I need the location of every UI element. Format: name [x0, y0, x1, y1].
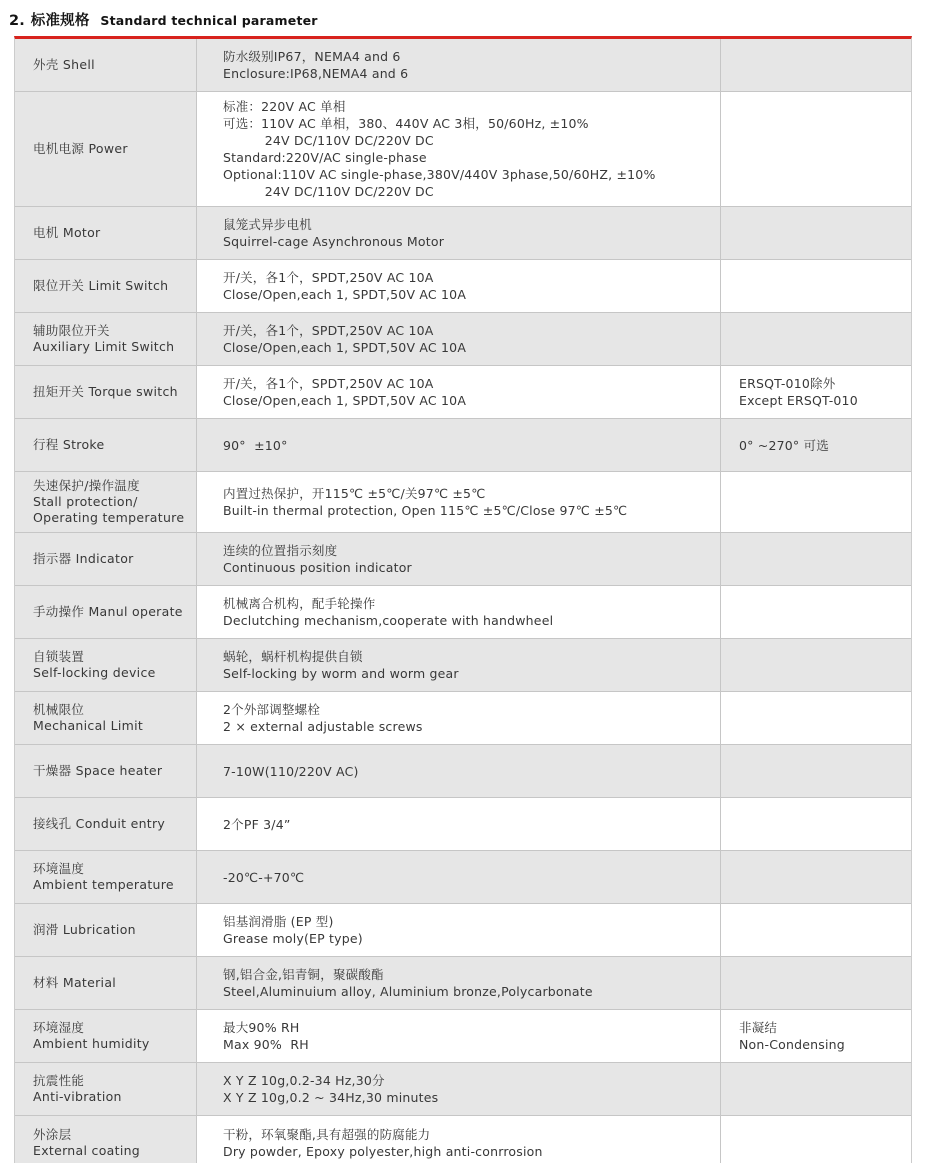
value-cell: 连续的位置指示刻度Continuous position indicator	[197, 533, 721, 585]
note-line: 0° ~270° 可选	[739, 437, 901, 454]
value-line: 最大90% RH	[223, 1019, 710, 1036]
value-cell: 标准：220V AC 单相可选：110V AC 单相，380、440V AC 3…	[197, 92, 721, 206]
param-line: Mechanical Limit	[33, 718, 186, 734]
param-line: 行程 Stroke	[33, 437, 186, 453]
note-cell	[721, 798, 911, 850]
value-cell: 开/关，各1个，SPDT,250V AC 10AClose/Open,each …	[197, 260, 721, 312]
value-line: -20℃-+70℃	[223, 869, 710, 886]
table-row: 电机 Motor 鼠笼式异步电机Squirrel-cage Asynchrono…	[15, 207, 911, 260]
parameter-cell: 电机电源 Power	[15, 92, 197, 206]
note-cell	[721, 851, 911, 903]
value-line: Squirrel-cage Asynchronous Motor	[223, 233, 710, 250]
note-cell	[721, 745, 911, 797]
table-row: 外涂层External coating 干粉，环氧聚酯,具有超强的防腐能力Dry…	[15, 1116, 911, 1163]
value-line: 24V DC/110V DC/220V DC	[223, 183, 710, 200]
parameter-cell: 自锁装置Self-locking device	[15, 639, 197, 691]
note-line: Except ERSQT-010	[739, 392, 901, 409]
note-line: ERSQT-010除外	[739, 375, 901, 392]
note-cell	[721, 1063, 911, 1115]
table-row: 自锁装置Self-locking device 蜗轮，蜗杆机构提供自锁Self-…	[15, 639, 911, 692]
value-line: 开/关，各1个，SPDT,250V AC 10A	[223, 269, 710, 286]
value-line: 钢,铝合金,铝青铜，聚碳酸酯	[223, 966, 710, 983]
parameter-cell: 外壳 Shell	[15, 39, 197, 91]
param-line: Auxiliary Limit Switch	[33, 339, 186, 355]
value-line: 2个PF 3/4”	[223, 816, 710, 833]
table-row: 抗震性能Anti-vibration X Y Z 10g,0.2-34 Hz,3…	[15, 1063, 911, 1116]
value-cell: X Y Z 10g,0.2-34 Hz,30分X Y Z 10g,0.2 ~ 3…	[197, 1063, 721, 1115]
table-row: 辅助限位开关Auxiliary Limit Switch 开/关，各1个，SPD…	[15, 313, 911, 366]
page-title: 2. 标准规格 Standard technical parameter	[9, 9, 933, 30]
param-line: 扭矩开关 Torque switch	[33, 384, 186, 400]
value-line: 2 × external adjustable screws	[223, 718, 710, 735]
parameter-cell: 干燥器 Space heater	[15, 745, 197, 797]
note-line: Non-Condensing	[739, 1036, 901, 1053]
page-title-number: 2.	[9, 13, 25, 29]
value-line: Close/Open,each 1, SPDT,50V AC 10A	[223, 286, 710, 303]
note-cell	[721, 207, 911, 259]
param-line: 材料 Material	[33, 975, 186, 991]
note-line: 非凝结	[739, 1019, 901, 1036]
param-line: 环境湿度	[33, 1020, 186, 1036]
value-line: Close/Open,each 1, SPDT,50V AC 10A	[223, 339, 710, 356]
note-cell: 非凝结Non-Condensing	[721, 1010, 911, 1062]
param-line: 辅助限位开关	[33, 323, 186, 339]
param-line: Operating temperature	[33, 510, 186, 526]
value-line: 防水级别IP67，NEMA4 and 6	[223, 48, 710, 65]
parameter-cell: 辅助限位开关Auxiliary Limit Switch	[15, 313, 197, 365]
value-cell: 钢,铝合金,铝青铜，聚碳酸酯Steel,Aluminuium alloy, Al…	[197, 957, 721, 1009]
note-cell	[721, 639, 911, 691]
value-line: Standard:220V/AC single-phase	[223, 149, 710, 166]
parameter-cell: 扭矩开关 Torque switch	[15, 366, 197, 418]
param-line: Ambient humidity	[33, 1036, 186, 1052]
table-row: 扭矩开关 Torque switch 开/关，各1个，SPDT,250V AC …	[15, 366, 911, 419]
table-row: 手动操作 Manul operate 机械离合机构，配手轮操作Declutchi…	[15, 586, 911, 639]
page-title-cn: 标准规格	[31, 13, 90, 29]
value-line: 标准：220V AC 单相	[223, 98, 710, 115]
param-line: 接线孔 Conduit entry	[33, 816, 186, 832]
value-line: Dry powder, Epoxy polyester,high anti-co…	[223, 1143, 710, 1160]
parameter-cell: 环境温度Ambient temperature	[15, 851, 197, 903]
value-line: 干粉，环氧聚酯,具有超强的防腐能力	[223, 1126, 710, 1143]
table-row: 机械限位Mechanical Limit 2个外部调整螺栓2 × externa…	[15, 692, 911, 745]
value-cell: 开/关，各1个，SPDT,250V AC 10AClose/Open,each …	[197, 366, 721, 418]
value-line: Enclosure:IP68,NEMA4 and 6	[223, 65, 710, 82]
value-line: X Y Z 10g,0.2-34 Hz,30分	[223, 1072, 710, 1089]
param-line: 电机电源 Power	[33, 141, 186, 157]
param-line: Stall protection/	[33, 494, 186, 510]
value-line: 机械离合机构，配手轮操作	[223, 595, 710, 612]
table-row: 环境湿度Ambient humidity 最大90% RHMax 90% RH …	[15, 1010, 911, 1063]
value-cell: 蜗轮，蜗杆机构提供自锁Self-locking by worm and worm…	[197, 639, 721, 691]
value-cell: 7-10W(110/220V AC)	[197, 745, 721, 797]
value-cell: 防水级别IP67，NEMA4 and 6Enclosure:IP68,NEMA4…	[197, 39, 721, 91]
value-line: 可选：110V AC 单相，380、440V AC 3相，50/60Hz, ±1…	[223, 115, 710, 132]
note-cell	[721, 92, 911, 206]
table-row: 材料 Material 钢,铝合金,铝青铜，聚碳酸酯Steel,Aluminui…	[15, 957, 911, 1010]
catalog-page: 2. 标准规格 Standard technical parameter 外壳 …	[0, 0, 933, 1163]
value-line: Built-in thermal protection, Open 115℃ ±…	[223, 502, 710, 519]
table-row: 干燥器 Space heater 7-10W(110/220V AC)	[15, 745, 911, 798]
table-row: 失速保护/操作温度Stall protection/Operating temp…	[15, 472, 911, 533]
parameter-cell: 电机 Motor	[15, 207, 197, 259]
param-line: 外壳 Shell	[33, 57, 186, 73]
param-line: 干燥器 Space heater	[33, 763, 186, 779]
param-line: 手动操作 Manul operate	[33, 604, 186, 620]
param-line: Anti-vibration	[33, 1089, 186, 1105]
value-cell: 2个PF 3/4”	[197, 798, 721, 850]
value-line: 鼠笼式异步电机	[223, 216, 710, 233]
value-line: 90° ±10°	[223, 437, 710, 454]
parameter-cell: 机械限位Mechanical Limit	[15, 692, 197, 744]
parameter-cell: 材料 Material	[15, 957, 197, 1009]
value-line: Max 90% RH	[223, 1036, 710, 1053]
note-cell: ERSQT-010除外Except ERSQT-010	[721, 366, 911, 418]
page-title-en: Standard technical parameter	[100, 13, 317, 28]
value-line: Close/Open,each 1, SPDT,50V AC 10A	[223, 392, 710, 409]
value-line: 7-10W(110/220V AC)	[223, 763, 710, 780]
value-line: 内置过热保护，开115℃ ±5℃/关97℃ ±5℃	[223, 485, 710, 502]
table-row: 行程 Stroke 90° ±10° 0° ~270° 可选	[15, 419, 911, 472]
parameter-cell: 抗震性能Anti-vibration	[15, 1063, 197, 1115]
param-line: 指示器 Indicator	[33, 551, 186, 567]
value-line: 连续的位置指示刻度	[223, 542, 710, 559]
table-row: 电机电源 Power 标准：220V AC 单相可选：110V AC 单相，38…	[15, 92, 911, 207]
value-cell: 干粉，环氧聚酯,具有超强的防腐能力Dry powder, Epoxy polye…	[197, 1116, 721, 1163]
value-cell: 内置过热保护，开115℃ ±5℃/关97℃ ±5℃Built-in therma…	[197, 472, 721, 532]
table-row: 限位开关 Limit Switch 开/关，各1个，SPDT,250V AC 1…	[15, 260, 911, 313]
param-line: 外涂层	[33, 1127, 186, 1143]
param-line: 环境温度	[33, 861, 186, 877]
note-cell	[721, 957, 911, 1009]
value-cell: 铝基润滑脂 (EP 型)Grease moly(EP type)	[197, 904, 721, 956]
note-cell	[721, 260, 911, 312]
spec-table: 外壳 Shell 防水级别IP67，NEMA4 and 6Enclosure:I…	[14, 36, 912, 1163]
value-line: Optional:110V AC single-phase,380V/440V …	[223, 166, 710, 183]
value-line: 铝基润滑脂 (EP 型)	[223, 913, 710, 930]
value-cell: -20℃-+70℃	[197, 851, 721, 903]
note-cell	[721, 533, 911, 585]
note-cell: 0° ~270° 可选	[721, 419, 911, 471]
param-line: Self-locking device	[33, 665, 186, 681]
table-row: 外壳 Shell 防水级别IP67，NEMA4 and 6Enclosure:I…	[15, 39, 911, 92]
value-line: Grease moly(EP type)	[223, 930, 710, 947]
value-cell: 鼠笼式异步电机Squirrel-cage Asynchronous Motor	[197, 207, 721, 259]
parameter-cell: 环境湿度Ambient humidity	[15, 1010, 197, 1062]
note-cell	[721, 313, 911, 365]
parameter-cell: 接线孔 Conduit entry	[15, 798, 197, 850]
parameter-cell: 外涂层External coating	[15, 1116, 197, 1163]
table-row: 环境温度Ambient temperature -20℃-+70℃	[15, 851, 911, 904]
value-cell: 2个外部调整螺栓2 × external adjustable screws	[197, 692, 721, 744]
value-line: 24V DC/110V DC/220V DC	[223, 132, 710, 149]
note-cell	[721, 1116, 911, 1163]
parameter-cell: 指示器 Indicator	[15, 533, 197, 585]
note-cell	[721, 586, 911, 638]
parameter-cell: 失速保护/操作温度Stall protection/Operating temp…	[15, 472, 197, 532]
param-line: External coating	[33, 1143, 186, 1159]
parameter-cell: 手动操作 Manul operate	[15, 586, 197, 638]
value-cell: 90° ±10°	[197, 419, 721, 471]
value-line: 开/关，各1个，SPDT,250V AC 10A	[223, 375, 710, 392]
value-cell: 最大90% RHMax 90% RH	[197, 1010, 721, 1062]
param-line: Ambient temperature	[33, 877, 186, 893]
value-line: Self-locking by worm and worm gear	[223, 665, 710, 682]
note-cell	[721, 39, 911, 91]
param-line: 抗震性能	[33, 1073, 186, 1089]
table-row: 指示器 Indicator 连续的位置指示刻度Continuous positi…	[15, 533, 911, 586]
value-line: Declutching mechanism,cooperate with han…	[223, 612, 710, 629]
param-line: 机械限位	[33, 702, 186, 718]
param-line: 润滑 Lubrication	[33, 922, 186, 938]
param-line: 自锁装置	[33, 649, 186, 665]
value-line: Continuous position indicator	[223, 559, 710, 576]
value-cell: 开/关，各1个，SPDT,250V AC 10AClose/Open,each …	[197, 313, 721, 365]
param-line: 限位开关 Limit Switch	[33, 278, 186, 294]
value-line: X Y Z 10g,0.2 ~ 34Hz,30 minutes	[223, 1089, 710, 1106]
value-line: 蜗轮，蜗杆机构提供自锁	[223, 648, 710, 665]
parameter-cell: 限位开关 Limit Switch	[15, 260, 197, 312]
table-row: 润滑 Lubrication 铝基润滑脂 (EP 型)Grease moly(E…	[15, 904, 911, 957]
parameter-cell: 润滑 Lubrication	[15, 904, 197, 956]
param-line: 失速保护/操作温度	[33, 478, 186, 494]
parameter-cell: 行程 Stroke	[15, 419, 197, 471]
table-row: 接线孔 Conduit entry 2个PF 3/4”	[15, 798, 911, 851]
note-cell	[721, 904, 911, 956]
note-cell	[721, 692, 911, 744]
param-line: 电机 Motor	[33, 225, 186, 241]
value-line: 开/关，各1个，SPDT,250V AC 10A	[223, 322, 710, 339]
value-line: 2个外部调整螺栓	[223, 701, 710, 718]
note-cell	[721, 472, 911, 532]
value-line: Steel,Aluminuium alloy, Aluminium bronze…	[223, 983, 710, 1000]
value-cell: 机械离合机构，配手轮操作Declutching mechanism,cooper…	[197, 586, 721, 638]
